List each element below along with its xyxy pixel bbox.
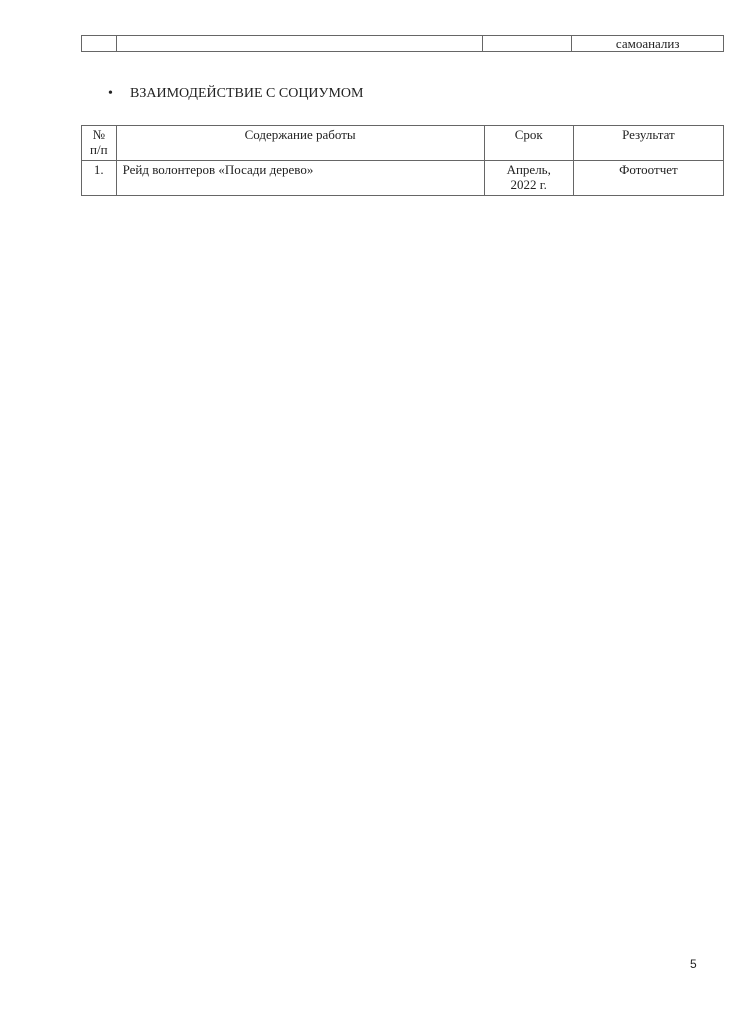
section-title: ВЗАИМОДЕЙСТВИЕ С СОЦИУМОМ — [130, 86, 363, 101]
header-num-line2: п/п — [90, 142, 108, 157]
header-num-line1: № — [93, 127, 105, 142]
header-result: Результат — [573, 126, 723, 161]
table-cell — [116, 36, 482, 52]
social-interaction-table: № п/п Содержание работы Срок Результат 1… — [81, 125, 724, 196]
header-num: № п/п — [82, 126, 117, 161]
table-cell: самоанализ — [572, 36, 724, 52]
table-row: 1. Рейд волонтеров «Посади дерево» Апрел… — [82, 161, 724, 196]
table-header-row: № п/п Содержание работы Срок Результат — [82, 126, 724, 161]
row-term: Апрель, 2022 г. — [484, 161, 573, 196]
table-row: самоанализ — [82, 36, 724, 52]
row-num: 1. — [82, 161, 117, 196]
row-term-line1: Апрель, — [507, 162, 551, 177]
page-number: 5 — [690, 957, 697, 971]
header-term: Срок — [484, 126, 573, 161]
bullet-icon: • — [108, 86, 130, 102]
row-content: Рейд волонтеров «Посади дерево» — [116, 161, 484, 196]
header-content: Содержание работы — [116, 126, 484, 161]
row-result: Фотоотчет — [573, 161, 723, 196]
section-heading: •ВЗАИМОДЕЙСТВИЕ С СОЦИУМОМ — [108, 86, 363, 102]
previous-table-continuation: самоанализ — [81, 35, 724, 52]
row-term-line2: 2022 г. — [511, 177, 547, 192]
table-cell — [82, 36, 117, 52]
table-cell — [482, 36, 572, 52]
